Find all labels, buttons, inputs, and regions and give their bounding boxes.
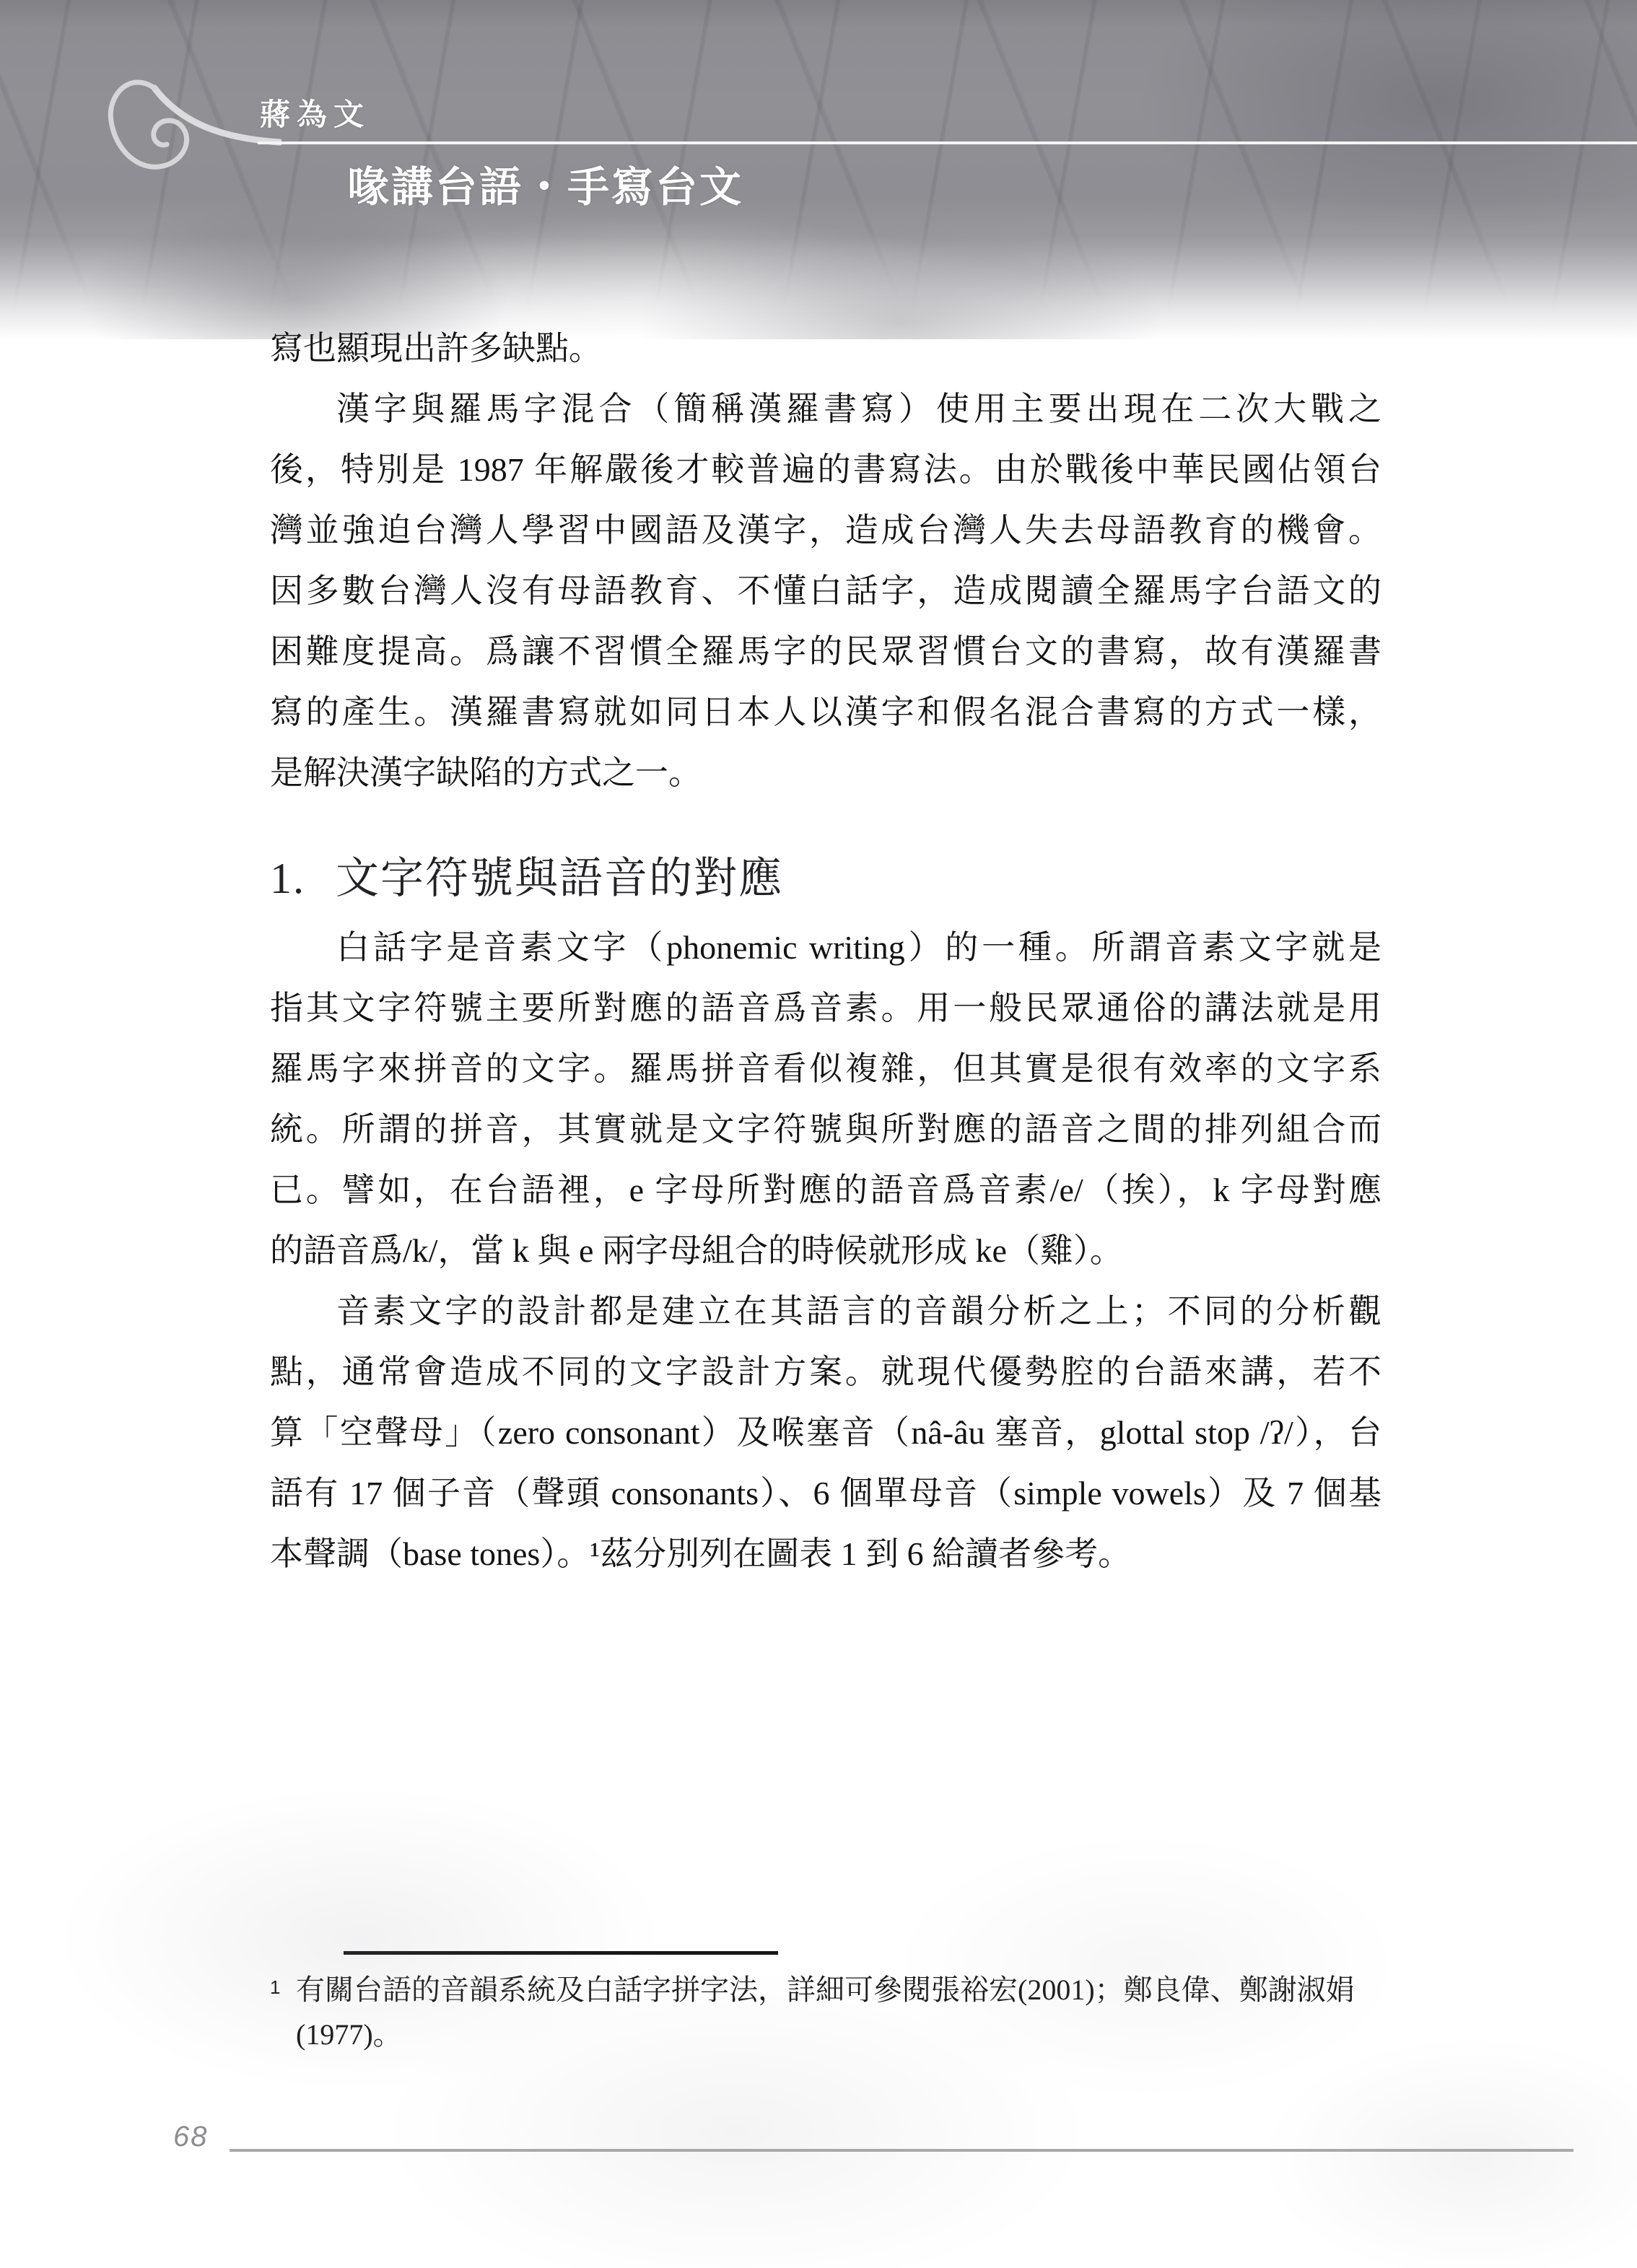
author-name: 蔣為文 [260, 91, 370, 134]
footnote-line: 有關台語的音韻系統及白話字拼字法，詳細可參閱張裕宏(2001)；鄭良偉、鄭謝淑娟 [296, 1968, 1396, 2012]
text-line: 寫的產生。漢羅書寫就如同日本人以漢字和假名混合書寫的方式一樣， [270, 682, 1381, 743]
text-line: 寫也顯現出許多缺點。 [270, 318, 1381, 379]
text-line: 因多數台灣人沒有母語教育、不懂白話字，造成閱讀全羅馬字台語文的 [270, 561, 1381, 621]
footnote-line: (1977)。 [296, 2012, 1396, 2057]
text-line: 困難度提高。爲讓不習慣全羅馬字的民眾習慣台文的書寫，故有漢羅書 [270, 621, 1381, 682]
text-line: 統。所謂的拼音，其實就是文字符號與所對應的語音之間的排列組合而 [270, 1099, 1381, 1160]
text-line: 灣並強迫台灣人學習中國語及漢字，造成台灣人失去母語教育的機會。 [270, 500, 1381, 561]
text-line: 點，通常會造成不同的文字設計方案。就現代優勢腔的台語來講，若不 [270, 1342, 1381, 1403]
paragraph-phonemic-writing: 白話字是音素文字（phonemic writing）的一種。所謂音素文字就是 指… [270, 917, 1381, 1281]
footnote-separator-rule [344, 1951, 778, 1955]
section-heading: 1.文字符號與語音的對應 [270, 848, 1381, 909]
text-line: 指其文字符號主要所對應的語音爲音素。用一般民眾通俗的講法就是用 [270, 978, 1381, 1039]
text-line: 已。譬如，在台語裡，e 字母所對應的語音爲音素/e/（挨），k 字母對應 [270, 1160, 1381, 1221]
section-number: 1. [270, 855, 305, 902]
book-title: 喙講台語・手寫台文 [347, 153, 743, 214]
text-line: 的語音爲/k/，當 k 與 e 兩字母組合的時候就形成 ke（雞）。 [270, 1221, 1381, 1281]
book-page: 蔣為文 喙講台語・手寫台文 寫也顯現出許多缺點。 漢字與羅馬字混合（簡稱漢羅書寫… [0, 0, 1637, 2268]
text-line: 後，特別是 1987 年解嚴後才較普遍的書寫法。由於戰後中華民國佔領台 [270, 440, 1381, 500]
text-line: 漢字與羅馬字混合（簡稱漢羅書寫）使用主要出現在二次大戰之 [270, 379, 1381, 440]
body-text-column: 寫也顯現出許多缺點。 漢字與羅馬字混合（簡稱漢羅書寫）使用主要出現在二次大戰之 … [270, 318, 1381, 1584]
chapter-header-banner: 蔣為文 喙講台語・手寫台文 [0, 0, 1637, 339]
paragraph-hanlo-writing: 漢字與羅馬字混合（簡稱漢羅書寫）使用主要出現在二次大戰之 後，特別是 1987 … [270, 379, 1381, 803]
text-line: 羅馬字來拼音的文字。羅馬拼音看似複雜，但其實是很有效率的文字系 [270, 1039, 1381, 1099]
page-number: 68 [173, 2121, 209, 2153]
section-title: 文字符號與語音的對應 [336, 854, 783, 902]
text-line: 是解決漢字缺陷的方式之一。 [270, 743, 1381, 803]
footnote-marker: 1 [270, 1965, 280, 2010]
footnote: 1 有關台語的音韻系統及白話字拼字法，詳細可參閱張裕宏(2001)；鄭良偉、鄭謝… [270, 1968, 1396, 2057]
swirl-ornament-icon [101, 64, 281, 193]
paragraph-phoneme-design: 音素文字的設計都是建立在其語言的音韻分析之上；不同的分析觀 點，通常會造成不同的… [270, 1281, 1381, 1584]
text-line: 音素文字的設計都是建立在其語言的音韻分析之上；不同的分析觀 [270, 1281, 1381, 1342]
text-line: 白話字是音素文字（phonemic writing）的一種。所謂音素文字就是 [270, 917, 1381, 978]
footer-rule [230, 2149, 1573, 2152]
header-divider-line [258, 141, 1637, 144]
text-line: 語有 17 個子音（聲頭 consonants）、6 個單母音（simple v… [270, 1463, 1381, 1524]
paragraph-continuation: 寫也顯現出許多缺點。 [270, 318, 1381, 379]
text-line: 本聲調（base tones）。¹茲分別列在圖表 1 到 6 給讀者參考。 [270, 1524, 1381, 1584]
text-line: 算「空聲母」（zero consonant）及喉塞音（nâ-âu 塞音，glot… [270, 1403, 1381, 1463]
